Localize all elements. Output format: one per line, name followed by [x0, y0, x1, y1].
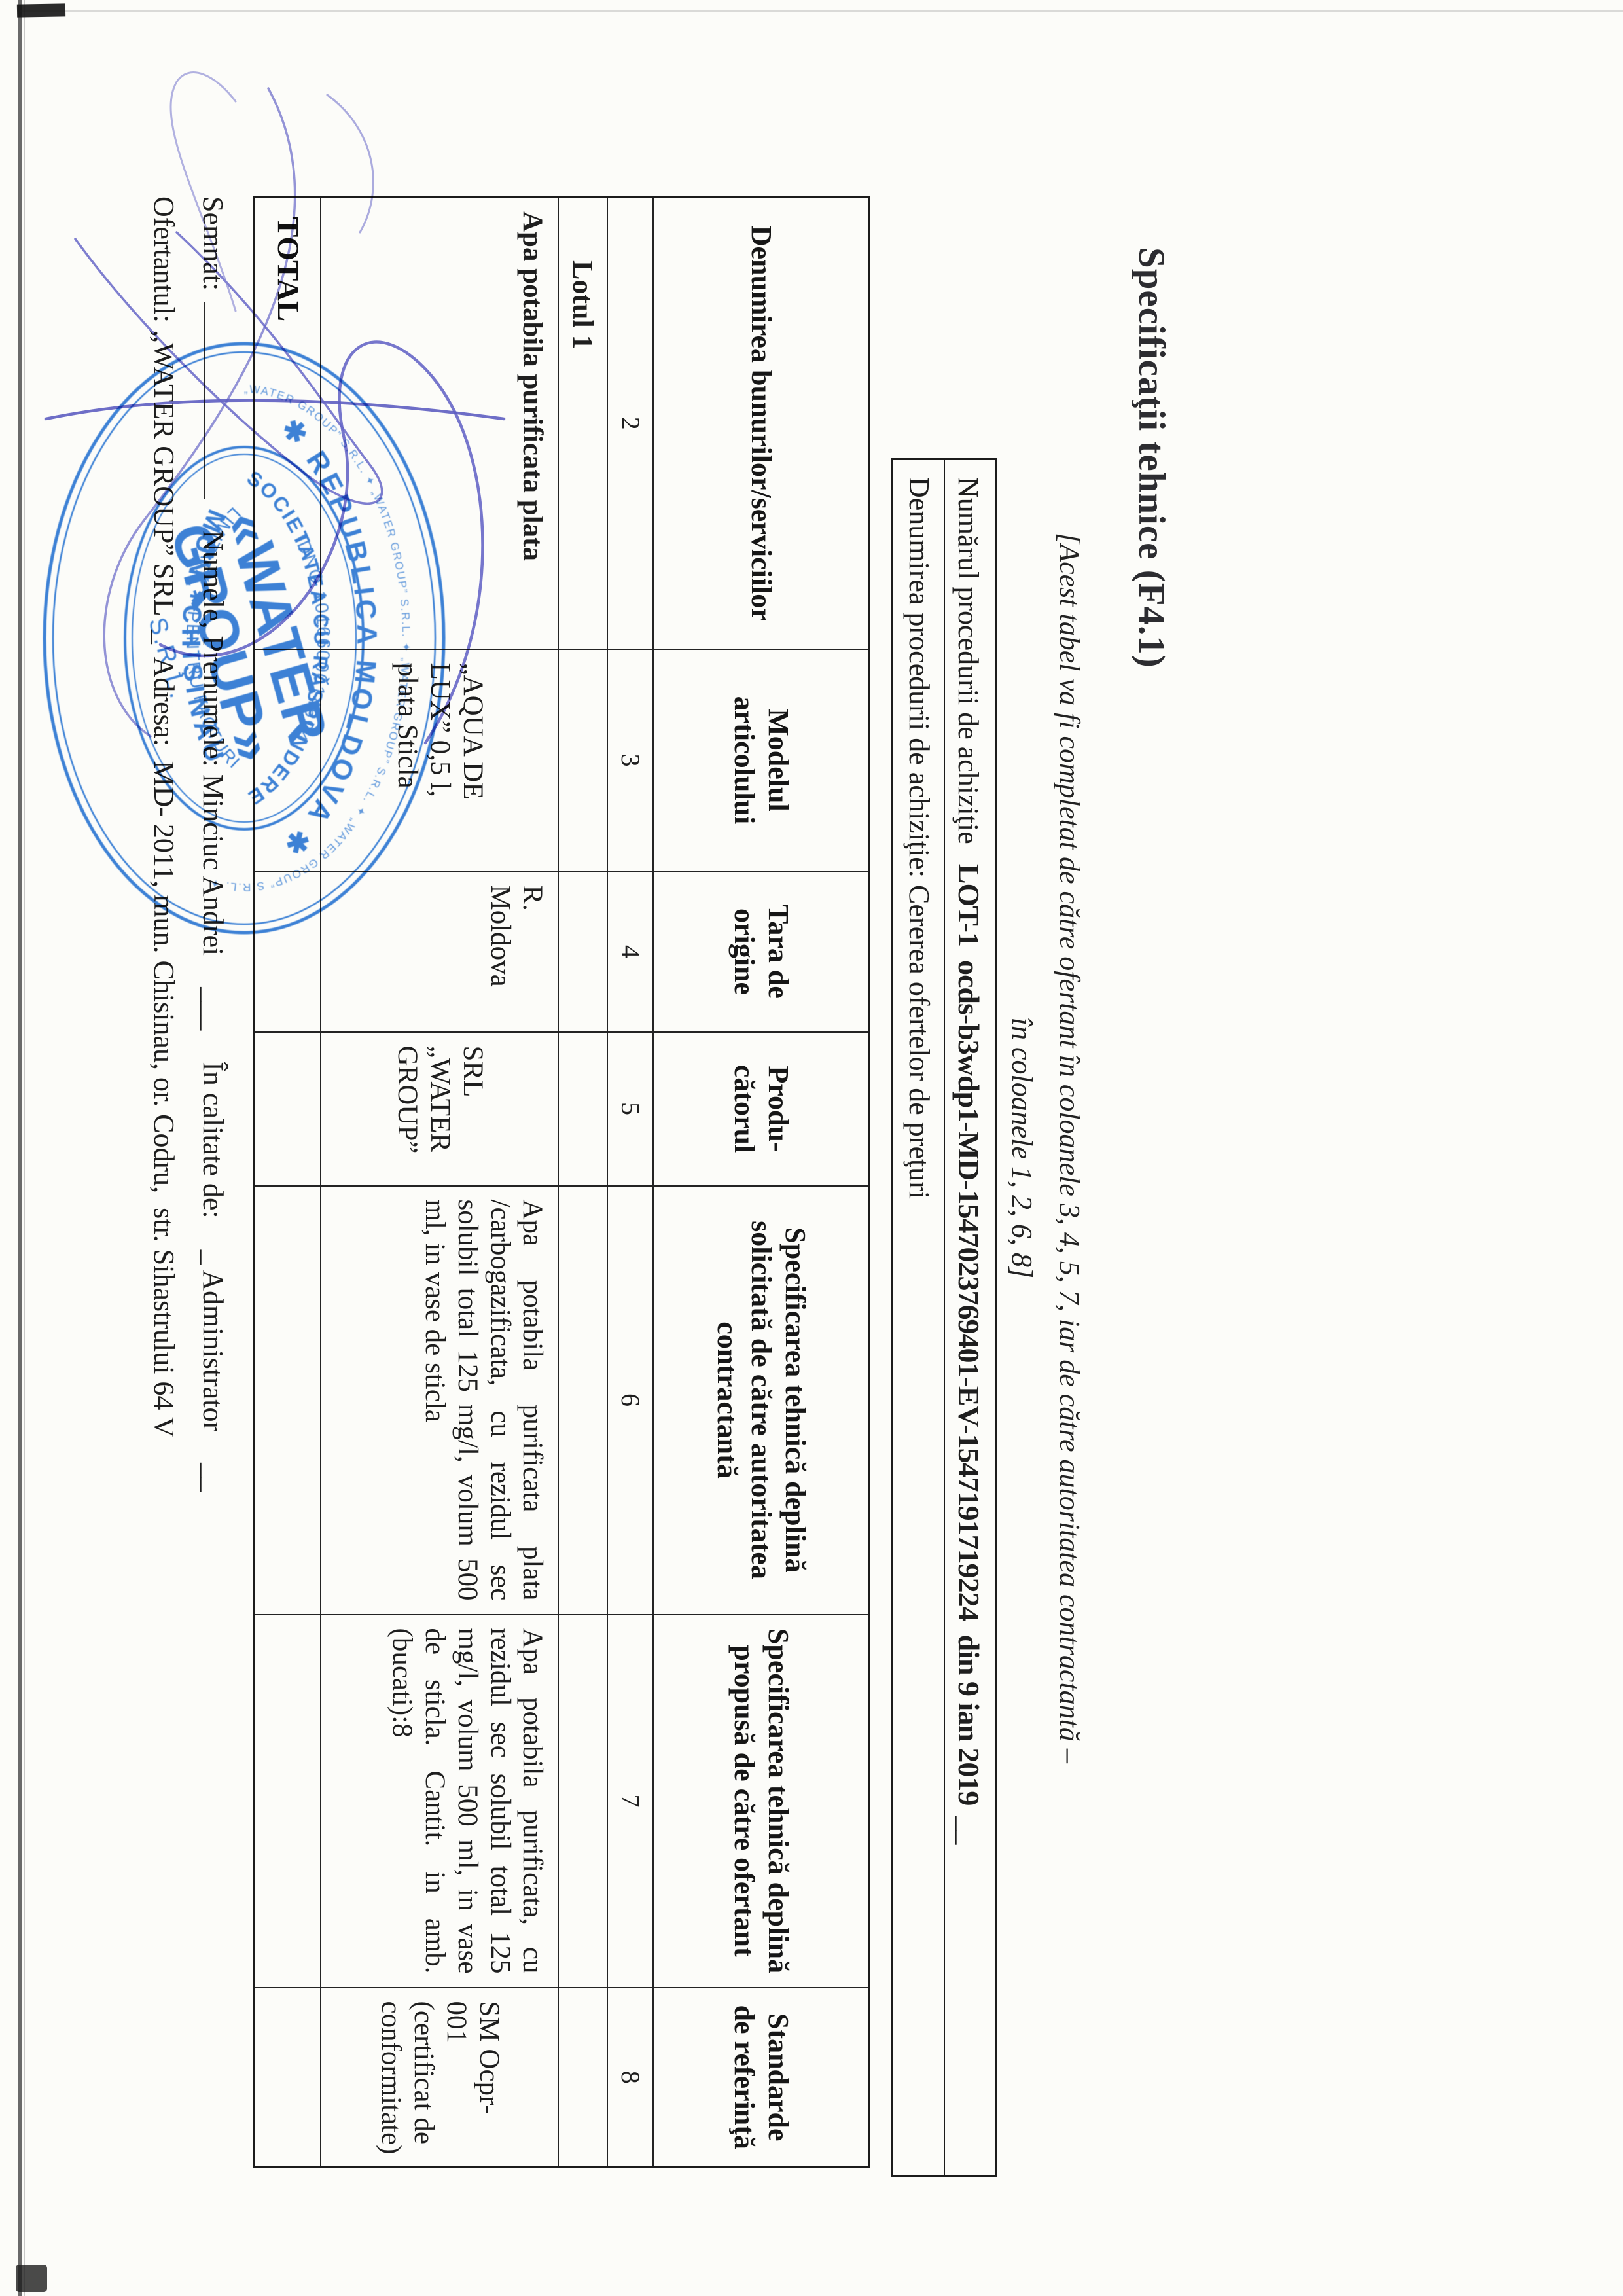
header-denumirea: Denumirea bunurilor/serviciilor: [654, 198, 870, 649]
scan-top-edge-line: [20, 10, 1623, 12]
header-spec-solicitata: Specificarea tehnică deplină solicitată …: [654, 1186, 870, 1615]
cell-producatorul: SRL „WATER GROUP”: [321, 1032, 559, 1186]
subtitle-line2: în coloanele 1, 2, 6, 8]: [1005, 0, 1039, 2296]
empty-cell: [255, 1032, 321, 1186]
empty-cell: [559, 1988, 608, 2168]
lot-label: Lotul 1: [559, 198, 608, 649]
empty-cell: [559, 872, 608, 1032]
header-producatorul: Produ-cătorul: [654, 1032, 870, 1186]
scanned-page: Specificaţii tehnice (F4.1) [Acest tabel…: [0, 0, 1623, 2296]
page-title: Specificaţii tehnice (F4.1): [1130, 247, 1173, 668]
col-number: 8: [608, 1988, 654, 2168]
col-number: 7: [608, 1615, 654, 1988]
col-number: 3: [608, 649, 654, 872]
header-standarde: Standarde de referinţă: [654, 1988, 870, 2168]
empty-cell: [559, 1032, 608, 1186]
col-number: 5: [608, 1032, 654, 1186]
cell-standarde: SM Ocpr-001 (certificat de conformitate): [321, 1988, 559, 2168]
empty-cell: [255, 1186, 321, 1615]
col-number: 6: [608, 1186, 654, 1615]
column-number-row: 2 3 4 5 6 7 8: [608, 198, 654, 2168]
empty-cell: [559, 1186, 608, 1615]
procedure-number-row: Numărul procedurii de achiziţie LOT-1 oc…: [944, 460, 995, 2175]
cell-spec-propusa: Apa potabila purificata, cu rezidul sec …: [321, 1615, 559, 1988]
lot-row: Lotul 1: [559, 198, 608, 2168]
document: Specificaţii tehnice (F4.1) [Acest tabel…: [0, 0, 1623, 2296]
procedure-number-label: Numărul procedurii de achiziţie: [952, 477, 985, 844]
subtitle-line1: [Acest tabel va fi completat de către of…: [1053, 0, 1086, 2296]
handwritten-signature: [20, 36, 543, 789]
empty-cell: [255, 1615, 321, 1988]
scan-edge-shadow-light: [24, 0, 25, 2296]
empty-cell: [255, 1988, 321, 2168]
role-label: În calitate de:: [196, 1062, 230, 1218]
col-number: 4: [608, 872, 654, 1032]
header-modelul: Modelul articolului: [654, 649, 870, 872]
blank-underscores: ___: [196, 987, 230, 1030]
scan-edge-shadow: [18, 0, 22, 2296]
procedure-name-row: Denumirea procedurii de achiziţie: Cerer…: [893, 460, 944, 2175]
procedure-number-value: LOT-1 ocds-b3wdp1-MD-1547023769401-EV-15…: [952, 864, 986, 1806]
procedure-number-suffix: __: [952, 1816, 985, 1844]
header-spec-propusa: Specificarea tehnică deplină propusă de …: [654, 1615, 870, 1988]
header-tara: Tara de origine: [654, 872, 870, 1032]
role-value: _ Administrator: [196, 1250, 230, 1431]
scan-corner-mark-top: [17, 3, 65, 17]
empty-cell: [559, 649, 608, 872]
empty-cell: [559, 1615, 608, 1988]
procedure-box: Numărul procedurii de achiziţie LOT-1 oc…: [891, 458, 997, 2177]
col-number: 2: [608, 198, 654, 649]
header-row: Denumirea bunurilor/serviciilor Modelul …: [654, 198, 870, 2168]
scan-corner-mark-bottom: [16, 2265, 47, 2292]
cell-spec-solicitata: Apa potabila purificata plata /carbogazi…: [321, 1186, 559, 1615]
blank-underscores: __: [196, 1463, 230, 1492]
